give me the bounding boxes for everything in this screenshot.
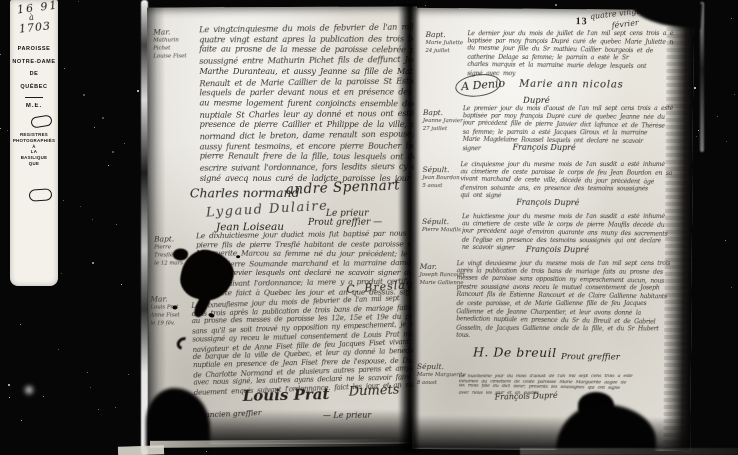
signature: Marie ann nicolas [519,79,624,91]
ink-splatter [236,255,240,258]
page-number: 13 [576,16,588,27]
binding-shadow [147,8,167,445]
film-glow-dot [23,384,35,396]
signature: Louis Prat [243,385,330,405]
gutter-shadow [398,4,420,452]
ink-splatter [172,305,177,309]
signature-flourish: A Denio [461,77,506,93]
page-edge-shadow [663,10,693,451]
margin-note: Mar. Louis PratAnne Fisetle 19 fév. [150,294,192,303]
record-body: Le vingtcinquiesme du mois de febvrier d… [199,22,414,183]
signature: Charles normand [190,185,300,200]
page-under-edge [520,448,738,455]
record-body: Le dernier jour du mois de juillet de l'… [467,29,673,79]
page-corner-shadow [631,0,703,29]
record-body: Le vingt deuxiesme jour du mesme mois de… [456,259,675,342]
right-page: 13 quatre vingt dix février Bapt. Marie … [412,8,693,451]
header-script: février [611,18,639,30]
record-body: Le huictiesme jour du mois d'aoust de l'… [459,373,673,397]
paperclip-mark [30,114,52,128]
label-code: M.E. [10,103,58,109]
label-year-start: 16 91 [16,0,59,16]
signature: Prout greffier — [308,218,382,228]
margin-note: Bapt. Marie Juliette24 juillet [425,30,467,39]
signature: François Dupré [526,245,589,254]
margin-note: Sépult. Jean Bourdon5 aoust [422,165,464,174]
margin-note: Sépult. Pierre Maufils [422,217,464,226]
record-body: Le cinquiesme jour du mesme mois de l'an… [460,160,672,202]
margin-note: Sépult. Marie Marguerite8 aoust [417,362,461,371]
label-year-end: 1703 [18,19,51,35]
margin-note: Mar. MathurinPichetLouise Fiset [153,27,199,36]
label-parish-name: PAROISSENOTRE-DAMEDEQUÉBEC [10,46,58,96]
paper-scrap [118,445,164,455]
left-page: Mar. MathurinPichetLouise Fiset Le vingt… [147,6,419,444]
signature: H. De breuil [473,344,557,360]
ink-smudge [174,335,192,352]
signature: andré Spennart [286,177,401,197]
record-body: Le dixneufiesme jour du mois de febvrier… [191,295,414,397]
signature: Prout greffier [561,352,620,362]
label-notes: REGISTRESPHOTOGRAPHIÉSÀLABASILIQUEQUE [10,132,58,167]
margin-note: Bapt. Jeanne Janvier27 juillet [423,108,465,117]
signature: Dumets [348,383,399,400]
spine-label-card: 16 91 à 1703 PAROISSENOTRE-DAMEDEQUÉBEC … [10,0,58,286]
signature: François Dupré [495,391,558,402]
register-scan: 16 91 à 1703 PAROISSENOTRE-DAMEDEQUÉBEC … [0,0,738,455]
signature: François Dupré [513,143,576,152]
label-divider [25,97,43,98]
paperclip-mark [29,188,53,202]
signature: François Dupré [516,198,579,207]
margin-note: Bapt. PierreTresfléle 12 mars [154,234,198,243]
